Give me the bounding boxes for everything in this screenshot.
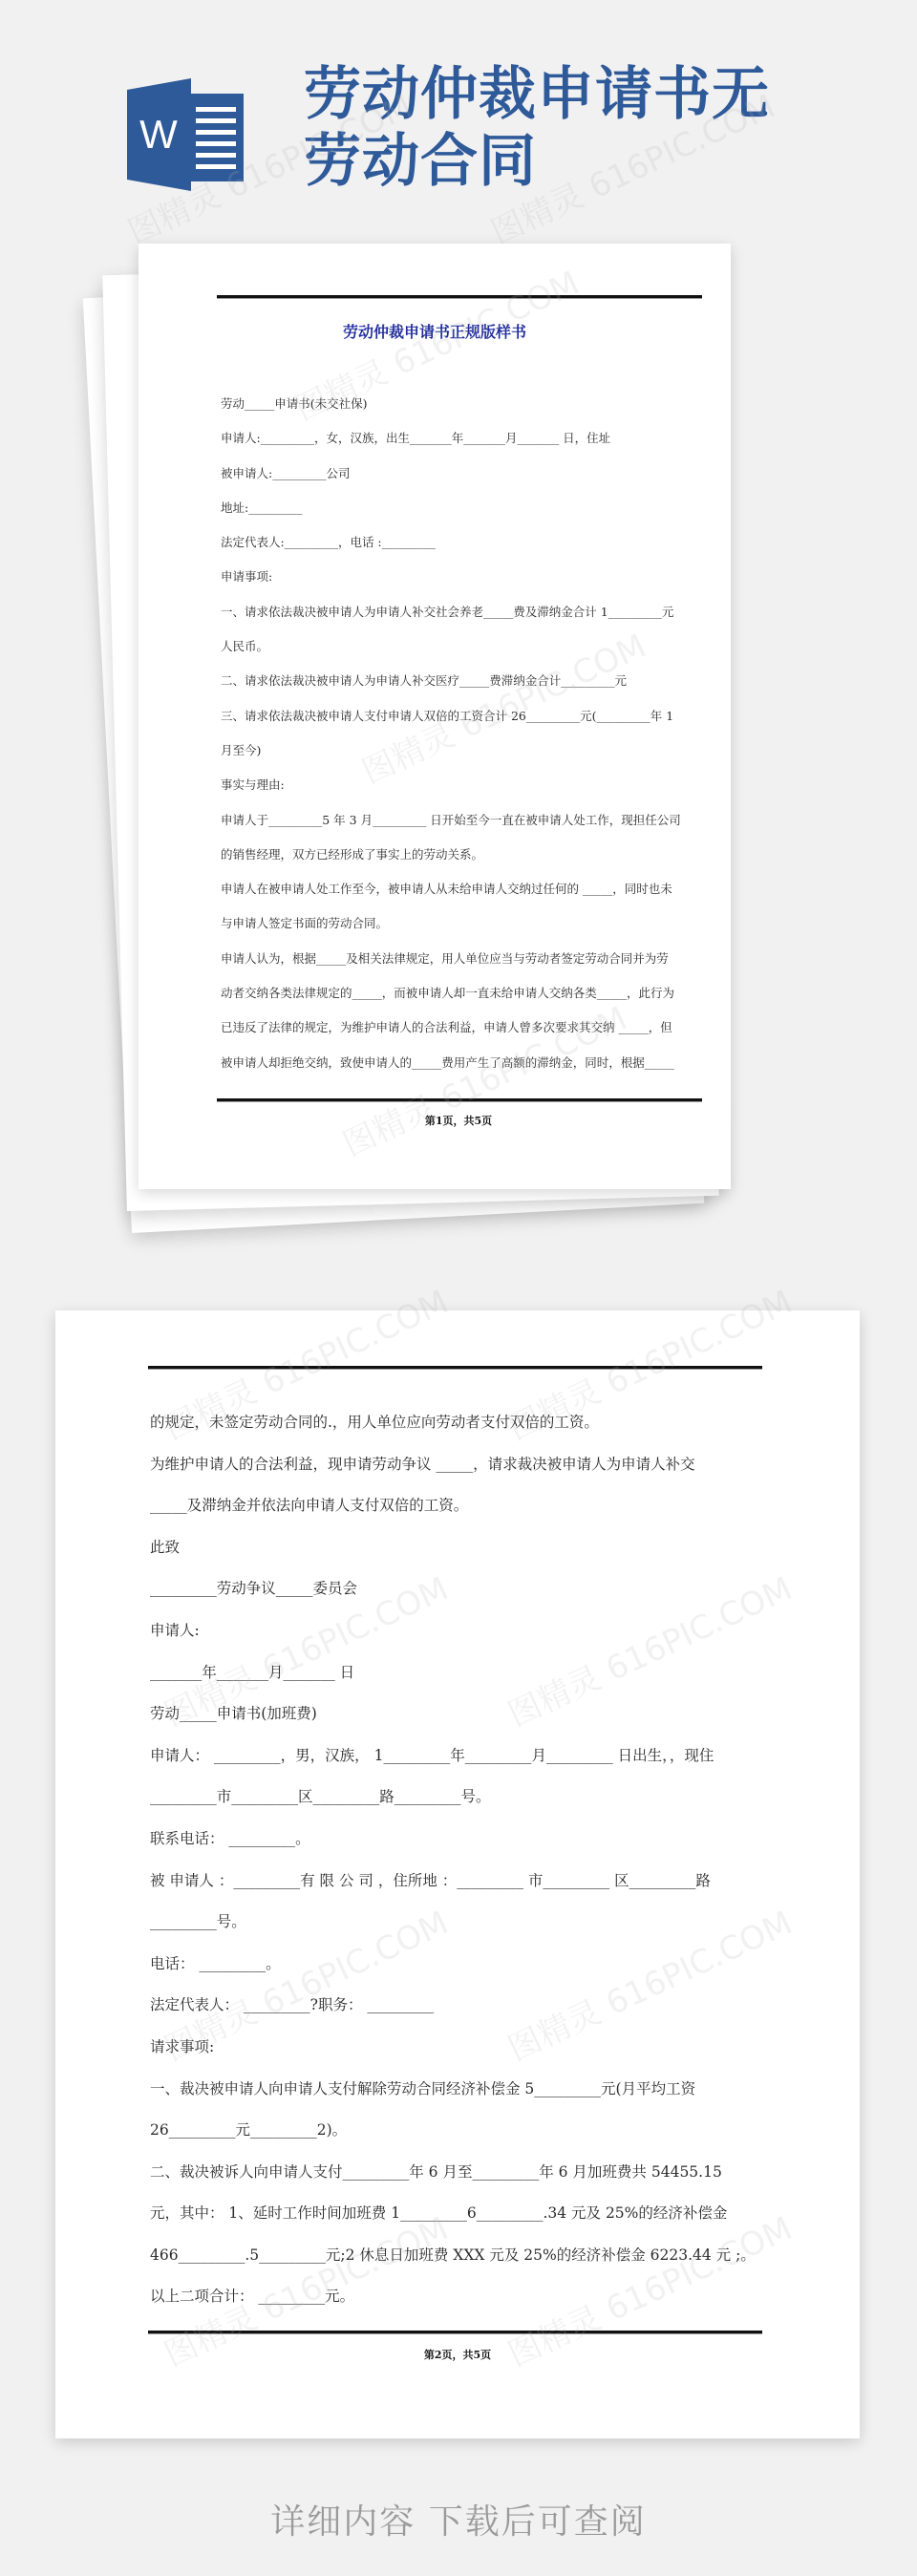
page-2-body: 的规定，未签定劳动合同的.，用人单位应向劳动者支付双倍的工资。 为维护申请人的合… <box>150 1402 761 2318</box>
page-number: 第1页，共5页 <box>186 1113 731 1128</box>
text-line: _________号。 <box>150 1902 761 1944</box>
text-line: 26_________元_________2)。 <box>150 2110 761 2152</box>
text-line: 三、请求依法裁决被申请人支付申请人双倍的工资合计 26_________元(__… <box>221 699 698 734</box>
text-line: 请求事项: <box>150 2027 761 2069</box>
footer-rule <box>217 1098 702 1102</box>
text-line: 的规定，未签定劳动合同的.，用人单位应向劳动者支付双倍的工资。 <box>150 1402 761 1444</box>
text-line: 466_________.5_________元;2 休息日加班费 XXX 元及… <box>150 2235 761 2277</box>
text-line: 一、请求依法裁决被申请人为申请人补交社会养老_____费及滞纳金合计 1____… <box>221 595 698 629</box>
text-line: 人民币。 <box>221 629 698 664</box>
text-line: 申请人: <box>150 1610 761 1652</box>
text-line: _____及滞纳金并依法向申请人支付双倍的工资。 <box>150 1485 761 1527</box>
document-page-1: 劳动仲裁申请书正规版样书 劳动_____申请书(未交社保) 申请人:______… <box>139 244 731 1189</box>
text-line: 申请人于_________5 年 3 月_________ 日开始至今一直在被申… <box>221 803 698 838</box>
text-line: 一、裁决被申请人向申请人支付解除劳动合同经济补偿金 5_________元(月平… <box>150 2069 761 2111</box>
text-line: 事实与理由: <box>221 768 698 802</box>
text-line: 地址:_________ <box>221 491 698 525</box>
hero-title-line-1: 劳动仲裁申请书无 <box>304 61 770 128</box>
page-1-body: 劳动_____申请书(未交社保) 申请人:_________，女，汉族，出生__… <box>221 387 698 1080</box>
text-line: 申请人认为，根据_____及相关法律规定，用人单位应当与劳动者签定劳动合同并为劳 <box>221 942 698 976</box>
download-hint: 详细内容 下载后可查阅 <box>0 2495 917 2544</box>
word-icon-letter: W <box>139 112 178 157</box>
text-line: 法定代表人:_________，电话 :_________ <box>221 525 698 560</box>
text-line: 联系电话： _________。 <box>150 1819 761 1861</box>
document-title: 劳动仲裁申请书正规版样书 <box>139 320 731 342</box>
text-line: 动者交纳各类法律规定的_____，而被申请人却一直未给申请人交纳各类_____，… <box>221 976 698 1011</box>
text-line: 月至今) <box>221 734 698 768</box>
text-line: 被申请人:_________公司 <box>221 457 698 491</box>
text-line: 二、裁决被诉人向申请人支付_________年 6 月至_________年 6… <box>150 2152 761 2194</box>
text-line: 元，其中： 1、延时工作时间加班费 1_________6_________.3… <box>150 2193 761 2235</box>
text-line: 此致 <box>150 1527 761 1569</box>
page-number: 第2页，共5页 <box>55 2347 860 2362</box>
text-line: 已违反了法律的规定，为维护申请人的合法利益，申请人曾多次要求其交纳 _____，… <box>221 1011 698 1045</box>
text-line: 劳动_____申请书(未交社保) <box>221 387 698 421</box>
text-line: 的销售经理，双方已经形成了事实上的劳动关系。 <box>221 838 698 872</box>
text-line: _________劳动争议_____委员会 <box>150 1568 761 1610</box>
text-line: 申请人在被申请人处工作至今，被申请人从未给申请人交纳过任何的 _____，同时也… <box>221 872 698 906</box>
footer-rule <box>148 2331 762 2334</box>
text-line: 被 申请人 ：_________有 限 公 司 ，住所地 ：_________ … <box>150 1861 761 1903</box>
text-line: 与申请人签定书面的劳动合同。 <box>221 906 698 941</box>
hero-title-line-2: 劳动合同 <box>304 128 770 195</box>
word-document-icon: W <box>127 78 246 191</box>
hero-title: 劳动仲裁申请书无 劳动合同 <box>304 61 770 195</box>
page-header: W 劳动仲裁申请书无 劳动合同 图精灵 616PIC.COM 图精灵 616PI… <box>0 0 917 229</box>
text-line: 申请事项: <box>221 560 698 594</box>
document-page-2: 的规定，未签定劳动合同的.，用人单位应向劳动者支付双倍的工资。 为维护申请人的合… <box>55 1310 860 2438</box>
text-line: 以上二项合计： _________元。 <box>150 2276 761 2318</box>
text-line: 劳动_____申请书(加班费) <box>150 1693 761 1735</box>
header-rule <box>148 1366 762 1370</box>
header-rule <box>217 295 702 299</box>
text-line: 法定代表人： _________?职务： _________ <box>150 1985 761 2027</box>
text-line: 电话： _________。 <box>150 1944 761 1986</box>
text-line: 申请人:_________，女，汉族，出生_______年_______月___… <box>221 421 698 456</box>
text-line: _________市_________区_________路_________号… <box>150 1777 761 1819</box>
text-line: 为维护申请人的合法利益，现申请劳动争议 _____，请求裁决被申请人为申请人补交 <box>150 1444 761 1486</box>
text-line: 申请人： _________，男，汉族， 1_________年________… <box>150 1735 761 1778</box>
text-line: 二、请求依法裁决被申请人为申请人补交医疗_____费滞纳金合计_________… <box>221 664 698 698</box>
text-line: 被申请人却拒绝交纳，致使申请人的_____费用产生了高额的滞纳金，同时，根据__… <box>221 1046 698 1080</box>
text-line: _______年_______月_______ 日 <box>150 1652 761 1694</box>
